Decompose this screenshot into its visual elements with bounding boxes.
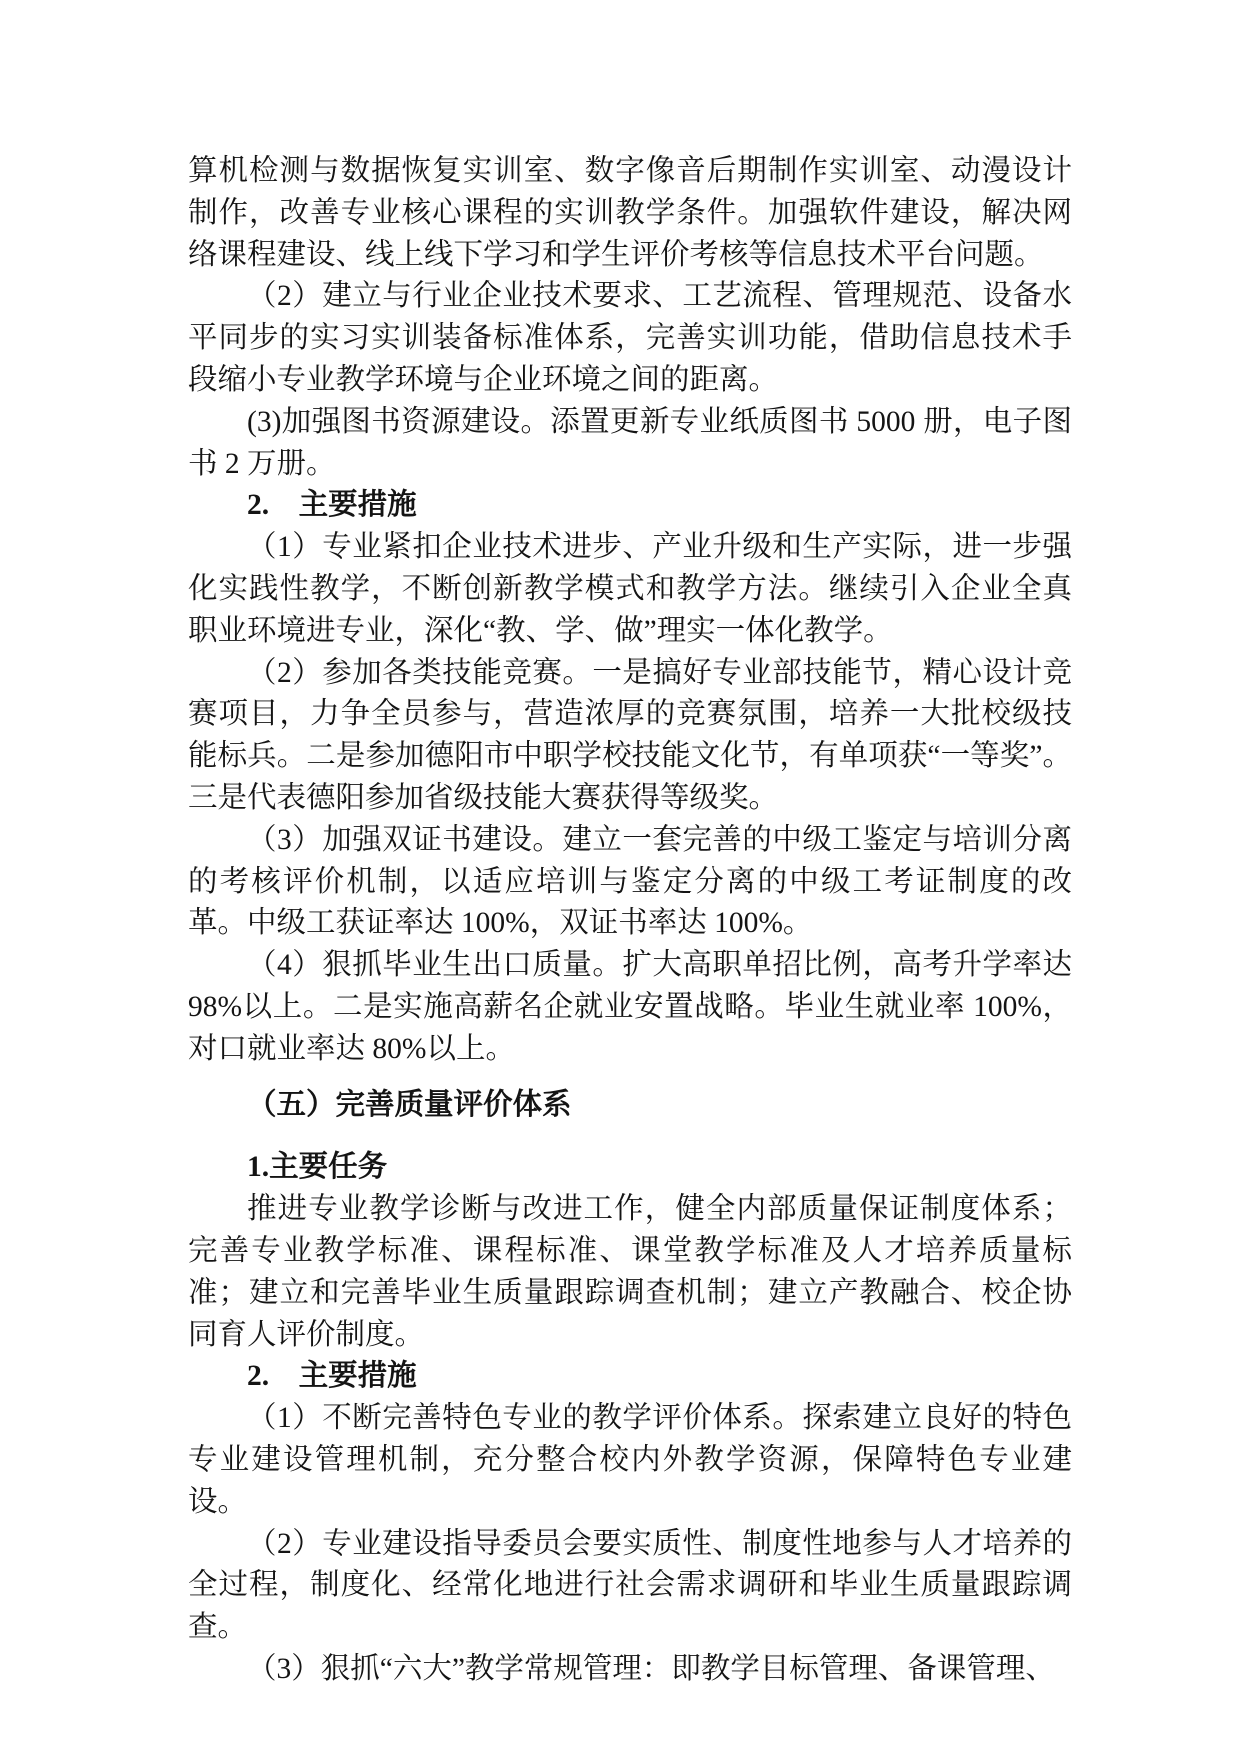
paragraph: （2）专业建设指导委员会要实质性、制度性地参与人才培养的全过程，制度化、经常化地… [188,1524,1072,1649]
paragraph: （4）狠抓毕业生出口质量。扩大高职单招比例，高考升学率达 98%以上。二是实施高… [188,945,1072,1070]
paragraph: (3)加强图书资源建设。添置更新专业纸质图书 5000 册，电子图书 2 万册。 [188,402,1072,486]
sub-heading: 1.主要任务 [188,1147,1072,1189]
sub-heading: 2. 主要措施 [188,1356,1072,1398]
section-heading: （五）完善质量评价体系 [188,1085,1072,1127]
sub-heading: 2. 主要措施 [188,485,1072,527]
paragraph: 算机检测与数据恢复实训室、数字像音后期制作实训室、动漫设计制作，改善专业核心课程… [188,151,1072,276]
paragraph: （2）参加各类技能竞赛。一是搞好专业部技能节，精心设计竞赛项目，力争全员参与，营… [188,653,1072,820]
paragraph: （1）专业紧扣企业技术进步、产业升级和生产实际，进一步强化实践性教学，不断创新教… [188,527,1072,652]
paragraph: 推进专业教学诊断与改进工作，健全内部质量保证制度体系；完善专业教学标准、课程标准… [188,1189,1072,1356]
paragraph: （1）不断完善特色专业的教学评价体系。探索建立良好的特色专业建设管理机制，充分整… [188,1398,1072,1523]
paragraph: （2）建立与行业企业技术要求、工艺流程、管理规范、设备水平同步的实习实训装备标准… [188,276,1072,401]
paragraph: （3）加强双证书建设。建立一套完善的中级工鉴定与培训分离的考核评价机制，以适应培… [188,820,1072,945]
document-page: 算机检测与数据恢复实训室、数字像音后期制作实训室、动漫设计制作，改善专业核心课程… [0,0,1240,1753]
paragraph: （3）狠抓“六大”教学常规管理：即教学目标管理、备课管理、 [188,1649,1072,1691]
document-body: 算机检测与数据恢复实训室、数字像音后期制作实训室、动漫设计制作，改善专业核心课程… [188,151,1072,1691]
